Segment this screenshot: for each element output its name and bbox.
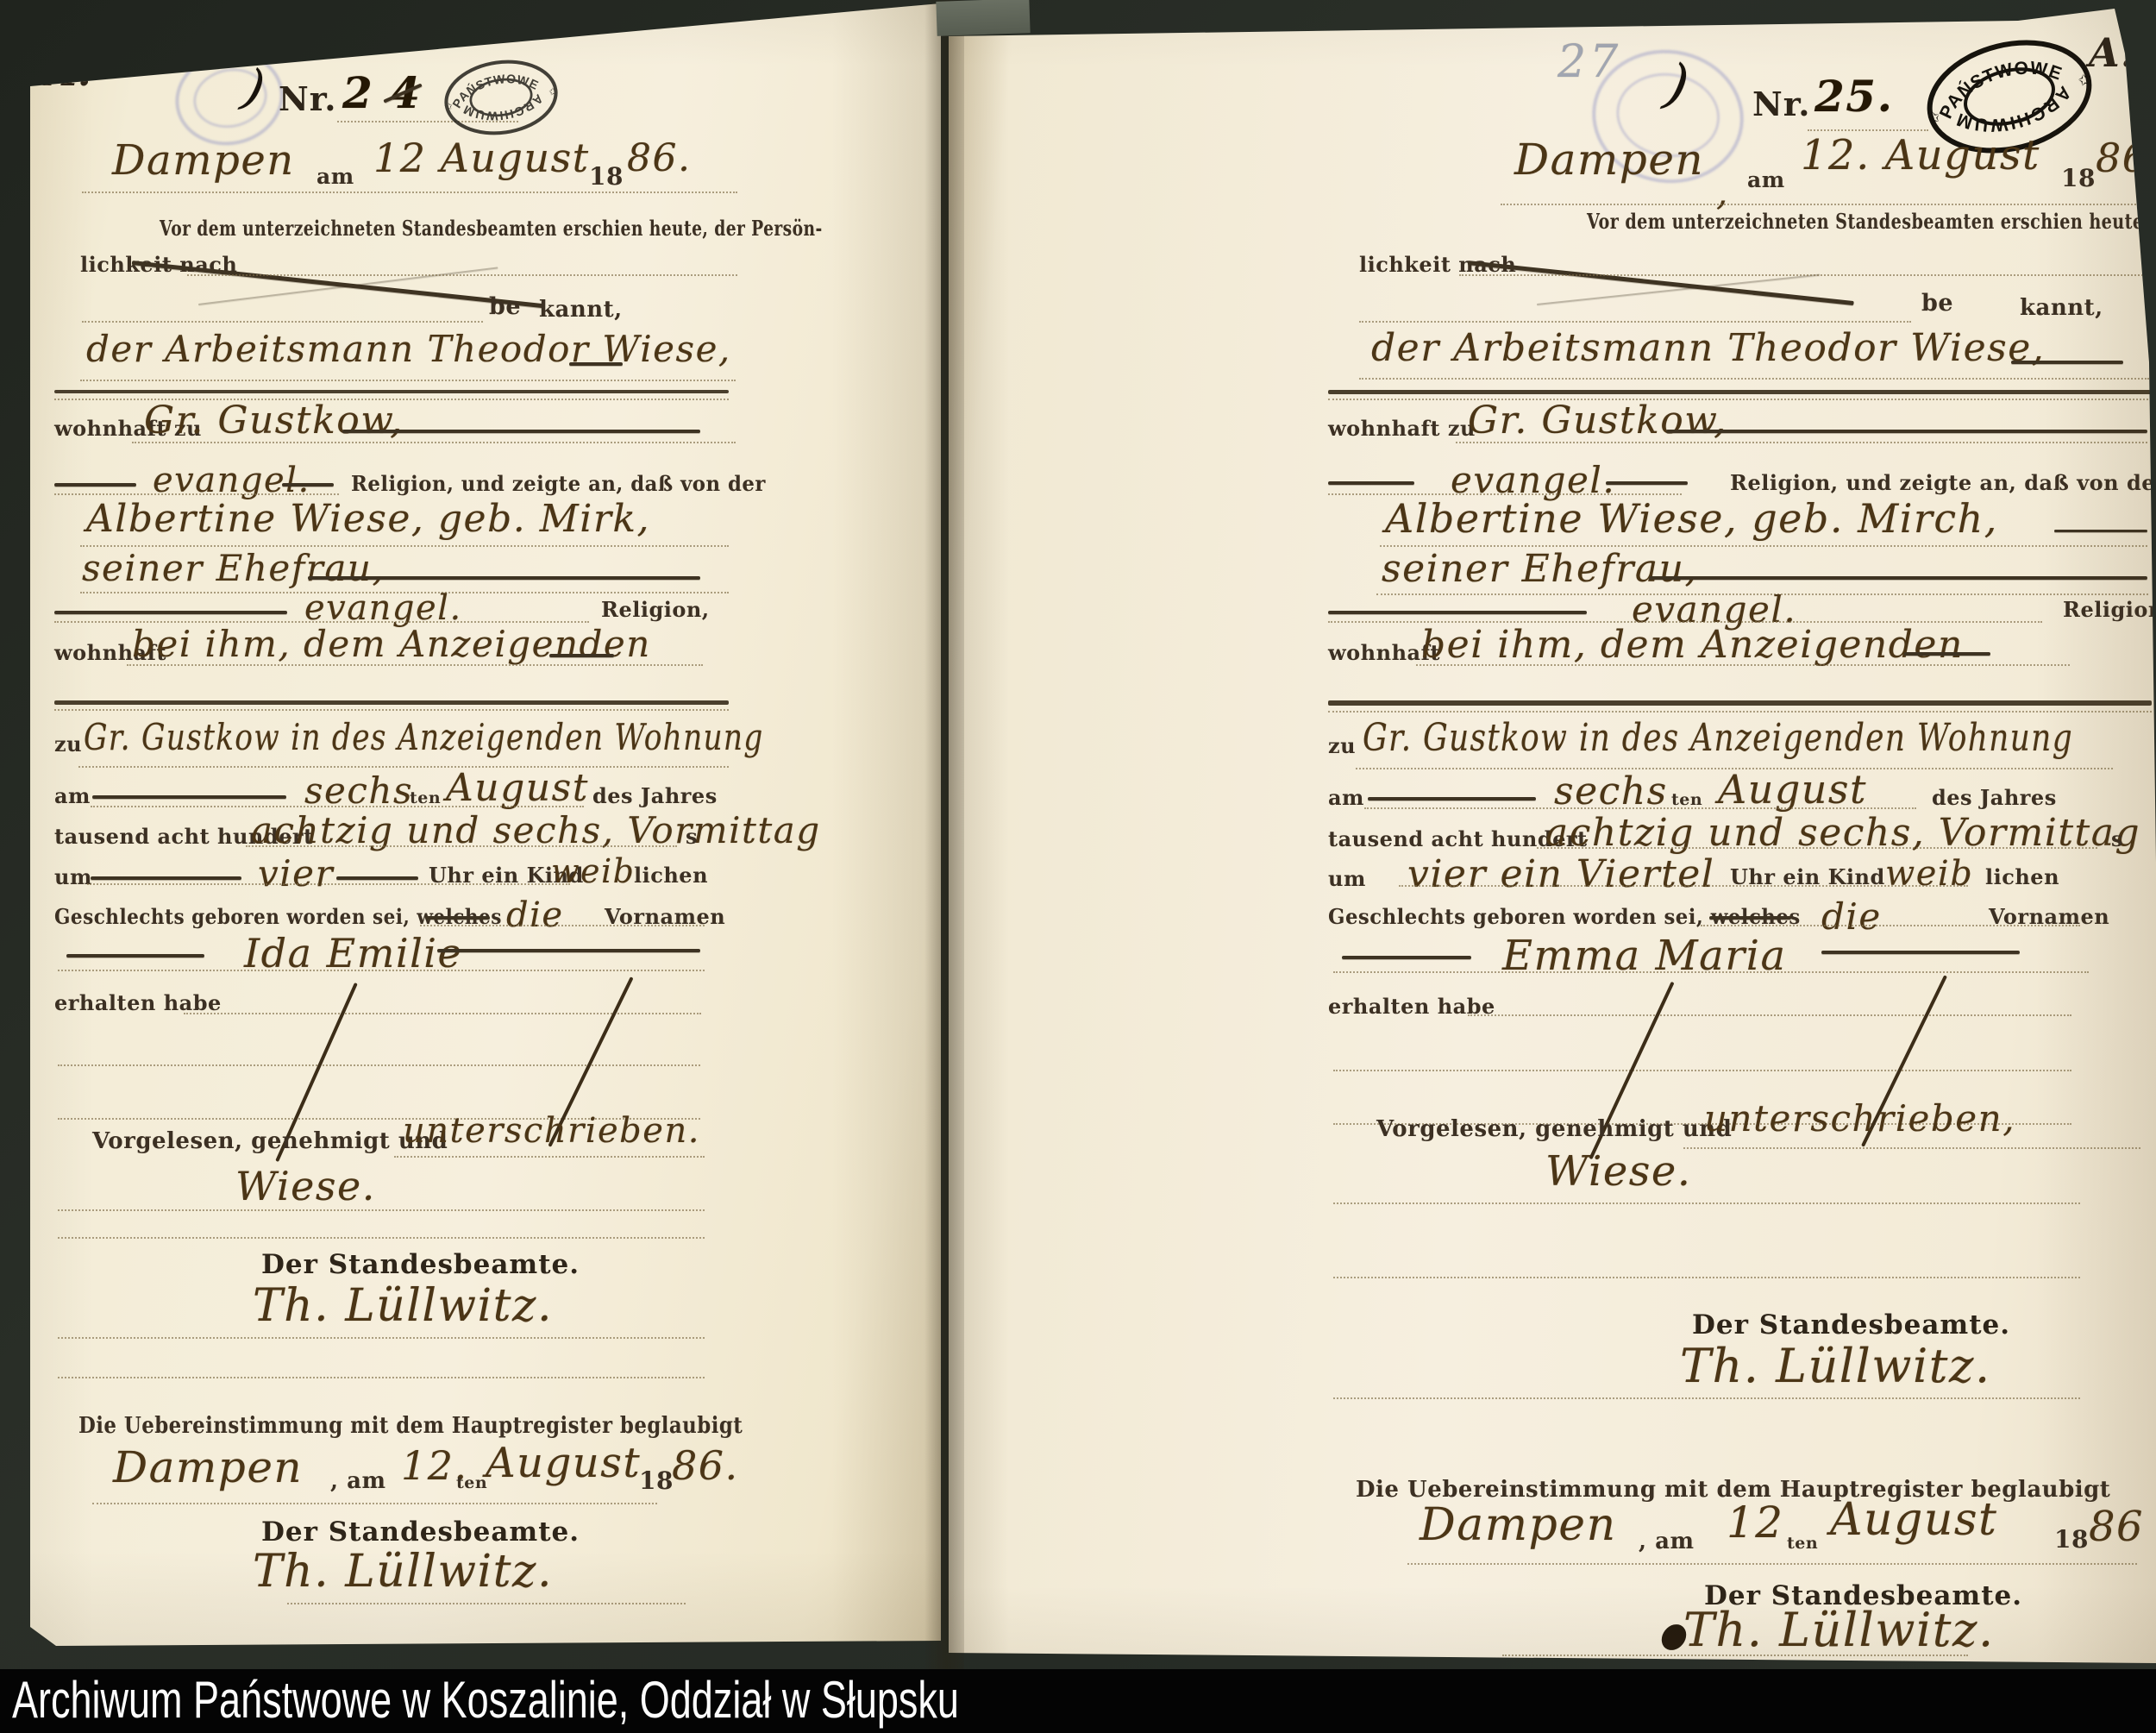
- cert-place-handwritten: Dampen: [1420, 1499, 1617, 1551]
- birth-hour-handwritten: vier ein Viertel: [1407, 852, 1714, 896]
- dash-fill: [66, 954, 204, 958]
- dotted-line: [184, 1013, 701, 1014]
- unterschrieben-handwritten: unterschrieben,: [1704, 1097, 2015, 1140]
- dotted-line: [1333, 971, 2089, 973]
- zu-label: zu: [1328, 733, 1356, 758]
- registrar-title-2: Der Standesbeamte.: [261, 1516, 580, 1548]
- dotted-line: [58, 1337, 705, 1339]
- dash-fill: [91, 876, 241, 880]
- article-handwritten: die: [1821, 895, 1882, 938]
- dash-fill: [569, 362, 623, 366]
- dotted-line: [420, 925, 705, 926]
- year-printed: 18: [589, 162, 624, 191]
- archive-caption-bar: Archiwum Państwowe w Koszalinie, Oddział…: [0, 1669, 2156, 1733]
- residence-handwritten: Gr. Gustkow,: [144, 399, 404, 443]
- lichen-label: lichen: [1985, 864, 2059, 889]
- unterschrieben-handwritten: unterschrieben.: [403, 1111, 700, 1151]
- erhalten-habe-label: erhalten habe: [54, 990, 222, 1015]
- des-jahres-label: des Jahres: [1932, 785, 2057, 810]
- religion-clause-printed: Religion, und zeigte an, daß von der: [351, 471, 766, 496]
- cert-day-handwritten: 12: [1727, 1498, 1784, 1548]
- dotted-line: [1683, 1147, 2140, 1149]
- dash-fill: [1368, 797, 1536, 801]
- dotted-line: [82, 192, 737, 193]
- place-handwritten: Dampen: [1514, 135, 1704, 185]
- dotted-line: [92, 1503, 657, 1504]
- cert-year-printed: 18: [639, 1466, 674, 1495]
- dotted-line: [127, 664, 703, 666]
- cert-month-handwritten: August: [1830, 1494, 1997, 1546]
- des-jahres-label: des Jahres: [592, 783, 718, 808]
- registrar-signature: Th. Lüllwitz.: [1680, 1339, 1991, 1393]
- vorgelesen-label: Vorgelesen, genehmigt und: [92, 1128, 448, 1154]
- vorgelesen-label: Vorgelesen, genehmigt und: [1376, 1116, 1732, 1142]
- section-rule: [54, 390, 729, 393]
- registrar-title: Der Standesbeamte.: [1692, 1309, 2010, 1341]
- register-page-right: 27 ) Nr. 25. PAŃSTWOWE ARCHIWUM ✩ ✩ A. D…: [949, 0, 2156, 1669]
- cert-place-handwritten: Dampen: [113, 1442, 303, 1492]
- register-page-left: A. ) Nr. 2 4 PAŃSTWOWE ARCHIWUM ✩ ✩ Damp…: [30, 0, 941, 1649]
- dash-fill: [282, 483, 334, 487]
- zu-label: zu: [54, 732, 82, 757]
- dotted-line: [1359, 378, 2149, 380]
- registrar-signature: Th. Lüllwitz.: [253, 1280, 553, 1332]
- dotted-line: [1328, 711, 2152, 713]
- dotted-line: [58, 970, 705, 971]
- dotted-line: [1416, 664, 2070, 666]
- registrar-title: Der Standesbeamte.: [261, 1249, 580, 1280]
- dash-fill: [549, 654, 614, 657]
- dotted-line: [1399, 885, 1968, 887]
- religion2-label: Religion,: [601, 597, 710, 622]
- cert-comma-am: , am: [1639, 1529, 1694, 1554]
- dotted-line: [394, 1156, 705, 1158]
- dotted-line: [54, 493, 339, 495]
- gender-handwritten: weib: [1885, 854, 1973, 894]
- dotted-line: [1359, 321, 1911, 323]
- birth-hour-handwritten: vier: [258, 852, 334, 895]
- dash-fill: [1328, 611, 1587, 614]
- dotted-line: [1364, 807, 1916, 809]
- dotted-line: [1459, 274, 2149, 276]
- be-printed: be: [489, 293, 521, 320]
- dotted-line: [80, 380, 736, 381]
- cert-ten-suffix: ten: [1787, 1534, 1818, 1553]
- dotted-line: [246, 845, 677, 847]
- dotted-line: [1537, 847, 2097, 849]
- kannt-printed: kannt,: [539, 297, 623, 323]
- dotted-line: [187, 274, 737, 276]
- page-corner-letter: A.: [46, 48, 92, 95]
- entry-number-value: 2 4: [342, 67, 422, 118]
- declarant-signature: Wiese.: [1545, 1147, 1692, 1196]
- strike-line: [132, 261, 544, 308]
- cert-comma-am: , am: [330, 1468, 385, 1494]
- registrar-signature-2: Th. Lüllwitz.: [253, 1546, 553, 1598]
- am2-label: am: [54, 783, 91, 808]
- um-label: um: [54, 864, 92, 889]
- dash-fill: [437, 949, 700, 952]
- cert-year-handwritten: 86.: [672, 1442, 739, 1489]
- dotted-line: [58, 1377, 705, 1378]
- dash-fill: [1904, 652, 1990, 656]
- dash-fill: [425, 916, 490, 920]
- dotted-line: [1328, 399, 2152, 400]
- birth-place-handwritten: Gr. Gustkow in des Anzeigenden Wohnung: [1363, 716, 2073, 760]
- birth-place-handwritten: Gr. Gustkow in des Anzeigenden Wohnung: [84, 716, 764, 758]
- am2-label: am: [1328, 785, 1364, 810]
- dash-fill: [92, 795, 286, 799]
- ten-suffix: ten: [410, 788, 441, 807]
- dash-fill: [336, 876, 418, 880]
- section-rule: [1328, 390, 2152, 394]
- archive-oval-stamp-icon: PAŃSTWOWE ARCHIWUM ✩ ✩: [437, 49, 565, 146]
- intro-line1: Vor dem unterzeichneten Standesbeamten e…: [160, 216, 823, 241]
- comma-handwritten: ,: [1716, 171, 1729, 213]
- section-rule-thick: [54, 700, 729, 705]
- s-suffix: s: [686, 824, 698, 849]
- um-label: um: [1328, 866, 1366, 891]
- dotted-line: [1501, 204, 2153, 205]
- dotted-line: [1333, 1277, 2080, 1278]
- page-corner-letter: A.: [2089, 29, 2135, 76]
- date-handwritten: 12 August: [373, 135, 590, 181]
- place-handwritten: Dampen: [112, 136, 295, 185]
- mother-relation-handwritten: seiner Ehefrau,: [82, 547, 385, 589]
- am-label: am: [1747, 167, 1785, 192]
- cert-year-printed: 18: [2054, 1525, 2089, 1554]
- entry-number-label: Nr.: [279, 79, 337, 118]
- s-suffix: s: [2111, 826, 2123, 851]
- declarant-handwritten: der Arbeitsmann Theodor Wiese,: [86, 328, 731, 370]
- dash-fill: [2054, 530, 2147, 532]
- cert-month-handwritten: August: [486, 1439, 641, 1487]
- book-gutter-shadow: [924, 0, 964, 1669]
- strike-line: [1468, 261, 1854, 305]
- intro-line1: Vor dem unterzeichneten Standesbeamten e…: [1587, 209, 2156, 234]
- declarant-signature: Wiese.: [235, 1163, 376, 1209]
- declarant-handwritten: der Arbeitsmann Theodor Wiese,: [1371, 326, 2045, 370]
- archival-scan-canvas: A. ) Nr. 2 4 PAŃSTWOWE ARCHIWUM ✩ ✩ Damp…: [0, 0, 2156, 1733]
- religion2-label: Religion,: [2063, 597, 2156, 622]
- dash-fill: [308, 576, 700, 580]
- religion-clause-printed: Religion, und zeigte an, daß von der: [1730, 470, 2156, 495]
- dotted-line: [91, 806, 584, 807]
- dash-fill: [2011, 361, 2123, 364]
- ten-suffix: ten: [1671, 790, 1702, 809]
- dash-fill: [1821, 951, 2020, 954]
- residence-handwritten: Gr. Gustkow,: [1468, 399, 1727, 443]
- dotted-line: [1701, 925, 2080, 926]
- dotted-line: [1502, 1655, 1968, 1656]
- dotted-line: [287, 1603, 686, 1604]
- dotted-line: [1456, 442, 2147, 443]
- dotted-line: [54, 709, 729, 711]
- birth-month-handwritten: August: [446, 766, 589, 810]
- dash-fill: [1666, 430, 2147, 433]
- lichen-label: lichen: [634, 863, 708, 888]
- date-handwritten: 12. August: [1801, 131, 2040, 179]
- year-printed: 18: [2061, 164, 2096, 192]
- section-rule-thick: [1328, 700, 2152, 706]
- mother-residence-handwritten: bei ihm, dem Anzeigenden: [1421, 623, 1964, 667]
- archive-caption-text: Archiwum Państwowe w Koszalinie, Oddział…: [12, 1669, 959, 1731]
- dotted-line: [58, 1064, 700, 1066]
- cert-ten-suffix: ten: [456, 1473, 487, 1492]
- dash-fill: [1606, 481, 1688, 485]
- dash-fill: [1328, 481, 1414, 485]
- mother-name-handwritten: Albertine Wiese, geb. Mirch,: [1385, 495, 1998, 542]
- dash-fill: [342, 430, 700, 433]
- article-handwritten: die: [506, 895, 564, 935]
- dotted-line: [82, 321, 483, 323]
- registrar-signature-2: Th. Lüllwitz.: [1683, 1603, 1995, 1657]
- dotted-line: [1407, 1563, 2137, 1565]
- dotted-line: [87, 883, 570, 885]
- kannt-printed: kannt,: [2020, 295, 2103, 321]
- dotted-line: [1333, 1202, 2080, 1204]
- year-handwritten: 86.: [627, 136, 691, 180]
- birth-month-handwritten: August: [1718, 766, 1867, 813]
- certify-line: Die Uebereinstimmung mit dem Hauptregist…: [78, 1413, 743, 1439]
- wohnhaft-zu-label: wohnhaft zu: [1328, 416, 1476, 441]
- dash-fill: [1709, 916, 1791, 920]
- cert-year-handwritten: 86: [2089, 1503, 2144, 1551]
- spine-tape-fragment: [936, 0, 1030, 36]
- entry-number-value: 25.: [1814, 71, 1894, 122]
- dotted-line: [58, 1209, 705, 1211]
- dotted-line: [1333, 1070, 2071, 1071]
- dotted-line: [132, 442, 736, 443]
- dash-fill: [1342, 956, 1471, 959]
- entry-number-label: Nr.: [1752, 85, 1811, 123]
- dotted-line: [58, 1237, 705, 1239]
- year-handwritten: 86: [2096, 135, 2149, 181]
- dash-fill: [1649, 576, 2147, 580]
- am-label: am: [317, 164, 354, 189]
- mother-relation-handwritten: seiner Ehefrau,: [1382, 547, 1698, 591]
- be-printed: be: [1921, 290, 1953, 317]
- dash-fill: [54, 483, 136, 487]
- mother-name-handwritten: Albertine Wiese, geb. Mirk,: [86, 497, 650, 541]
- dotted-line: [1468, 1014, 2071, 1016]
- dotted-line: [78, 766, 729, 768]
- dash-fill: [54, 611, 287, 614]
- mother-residence-handwritten: bei ihm, dem Anzeigenden: [132, 623, 651, 665]
- dotted-line: [1333, 1397, 2080, 1399]
- faint-strike-line: [1537, 274, 1820, 305]
